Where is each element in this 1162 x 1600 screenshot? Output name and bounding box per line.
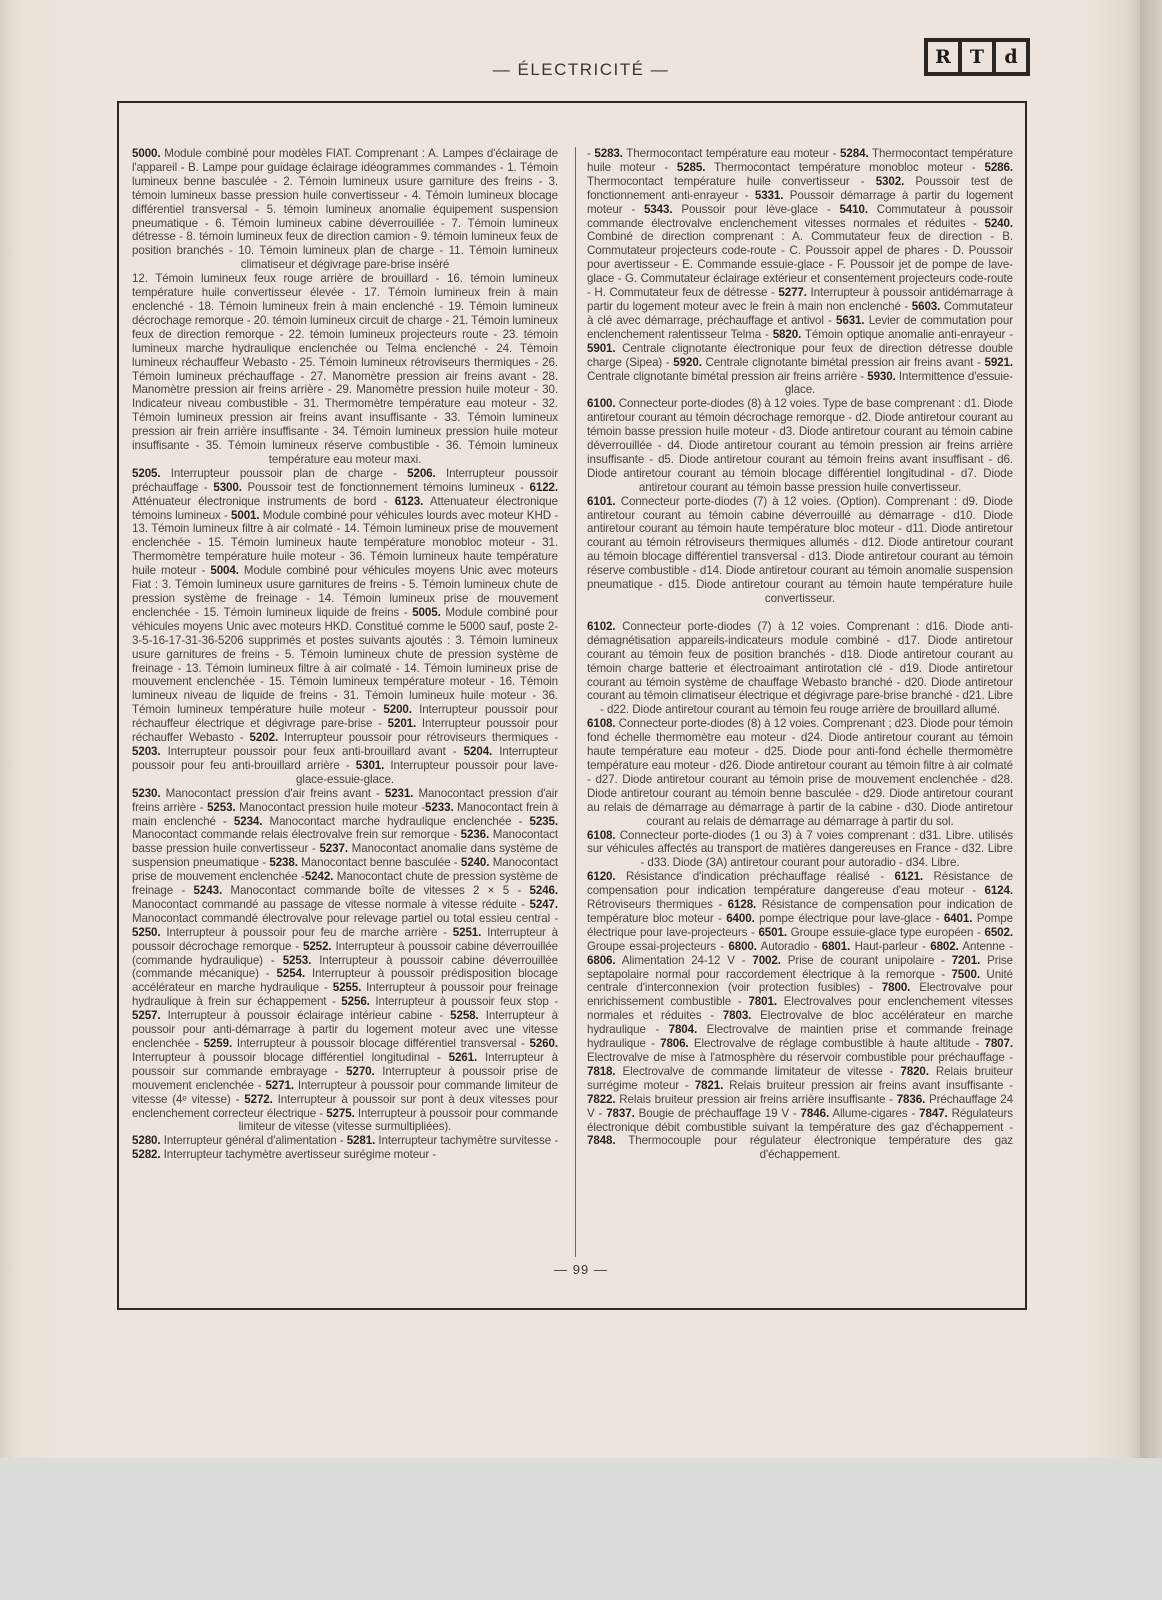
part-description: Manocontact commande boîte de vitesses 2… bbox=[222, 884, 529, 897]
part-number: 5235. bbox=[529, 815, 558, 828]
part-description: Manocontact marche hydraulique enclenché… bbox=[262, 815, 529, 828]
part-description: Interrupteur poussoir pour feux anti-bro… bbox=[161, 745, 464, 758]
part-number: 5200. bbox=[383, 703, 412, 716]
entry-paragraph: 6108. Connecteur porte-diodes (8) à 12 v… bbox=[587, 717, 1013, 828]
part-number: 5301. bbox=[356, 759, 385, 772]
part-number: 6502. bbox=[984, 926, 1013, 939]
entry-paragraph: 6108. Connecteur porte-diodes (1 ou 3) à… bbox=[587, 829, 1013, 871]
part-number: 6501. bbox=[758, 926, 787, 939]
part-number: 5921. bbox=[984, 356, 1013, 369]
part-description: Relais bruiteur pression air freins avan… bbox=[723, 1079, 1013, 1092]
content-frame: 5000. Module combiné pour modèles FIAT. … bbox=[117, 101, 1027, 1310]
part-description: Haut-parleur - bbox=[850, 940, 930, 953]
part-number: 5255. bbox=[333, 981, 362, 994]
part-description: Centrale clignotante bimétal pression ai… bbox=[702, 356, 985, 369]
part-description: pompe électrique pour lave-glace - bbox=[755, 912, 944, 925]
part-number: 5277. bbox=[778, 286, 807, 299]
part-description: Module combiné pour véhicules moyens Uni… bbox=[132, 606, 558, 716]
part-description: Connecteur porte-diodes (1 ou 3) à 7 voi… bbox=[587, 829, 1013, 870]
part-number: 7804. bbox=[669, 1023, 698, 1036]
part-number: 5281. bbox=[347, 1134, 376, 1147]
part-number: 5001. bbox=[231, 509, 260, 522]
part-number: 5240. bbox=[461, 856, 490, 869]
part-description: Thermocontact température eau moteur - bbox=[623, 147, 840, 160]
part-number: 5206. bbox=[407, 467, 436, 480]
part-number: 5257. bbox=[132, 1009, 161, 1022]
part-number: 7836. bbox=[897, 1093, 926, 1106]
part-description: Interrupteur poussoir plan de charge - bbox=[161, 467, 408, 480]
part-number: 7500. bbox=[951, 968, 980, 981]
part-number: 5256. bbox=[341, 995, 370, 1008]
part-description: Résistance d'indication préchauffage réa… bbox=[616, 870, 895, 883]
part-description: Manocontact pression d'air freins avant … bbox=[161, 787, 385, 800]
part-number: 5202. bbox=[250, 731, 279, 744]
part-description: Thermocouple pour régulateur électroniqu… bbox=[616, 1134, 1013, 1161]
part-description: Connecteur porte-diodes (7) à 12 voies. … bbox=[587, 495, 1013, 605]
part-number: 7002. bbox=[752, 954, 781, 967]
part-description: 12. Témoin lumineux feux rouge arrière d… bbox=[132, 272, 558, 466]
part-number: 5302. bbox=[876, 175, 905, 188]
part-number: 5284. bbox=[840, 147, 869, 160]
part-description: Interrupteur tachymètre avertisseur suré… bbox=[161, 1148, 437, 1161]
entry-paragraph: 6101. Connecteur porte-diodes (7) à 12 v… bbox=[587, 495, 1013, 606]
part-description: Prise de courant unipolaire - bbox=[781, 954, 952, 967]
part-number: 5247. bbox=[529, 898, 558, 911]
part-description: Groupe essuie-glace type européen - bbox=[787, 926, 985, 939]
part-number: 6100. bbox=[587, 397, 616, 410]
part-number: 7846. bbox=[801, 1107, 830, 1120]
part-number: 6108. bbox=[587, 717, 616, 730]
part-number: 5930. bbox=[867, 370, 896, 383]
part-number: 7847. bbox=[919, 1107, 948, 1120]
part-number: 7820. bbox=[900, 1065, 929, 1078]
part-description: Electrovalve de commande limitateur de v… bbox=[616, 1065, 901, 1078]
part-number: 5243. bbox=[194, 884, 223, 897]
part-description: Allume-cigares - bbox=[829, 1107, 919, 1120]
part-number: 5233. bbox=[425, 801, 454, 814]
part-number: 7821. bbox=[695, 1079, 724, 1092]
part-description: Interrupteur à poussoir pour feu de marc… bbox=[161, 926, 453, 939]
part-description: Manocontact commandé électrovalve pour r… bbox=[132, 912, 558, 925]
part-number: 5300. bbox=[213, 481, 242, 494]
part-number: 5283. bbox=[594, 147, 623, 160]
part-number: 5258. bbox=[450, 1009, 479, 1022]
part-number: 5246. bbox=[529, 884, 558, 897]
part-description: Interrupteur à poussoir blocage différen… bbox=[232, 1037, 529, 1050]
part-number: 6120. bbox=[587, 870, 616, 883]
part-number: 5201. bbox=[388, 717, 417, 730]
part-number: 5901. bbox=[587, 342, 616, 355]
part-number: 5253. bbox=[283, 954, 312, 967]
part-number: 5231. bbox=[385, 787, 414, 800]
part-number: 6102. bbox=[587, 620, 616, 633]
entry-paragraph: 5230. Manocontact pression d'air freins … bbox=[132, 787, 558, 1135]
part-description: Témoin optique anomalie anti-enrayeur - bbox=[801, 328, 1013, 341]
part-number: 5631. bbox=[836, 314, 865, 327]
part-number: 7818. bbox=[587, 1065, 616, 1078]
part-number: 5280. bbox=[132, 1134, 161, 1147]
part-description: Centrale clignotante bimétal pression ai… bbox=[587, 370, 867, 383]
part-number: 5240. bbox=[984, 217, 1013, 230]
part-number: 6800. bbox=[728, 940, 757, 953]
part-description: Poussoir test de fonctionnement témoins … bbox=[242, 481, 530, 494]
part-number: 7803. bbox=[723, 1009, 752, 1022]
entry-paragraph: 6120. Résistance d'indication préchauffa… bbox=[587, 870, 1013, 1162]
part-number: 5282. bbox=[132, 1148, 161, 1161]
part-number: 5203. bbox=[132, 745, 161, 758]
part-number: 5259. bbox=[204, 1037, 233, 1050]
part-number: 6122. bbox=[530, 481, 559, 494]
part-description: Interrupteur général d'alimentation - bbox=[161, 1134, 347, 1147]
part-number: 7806. bbox=[660, 1037, 689, 1050]
part-number: 5251. bbox=[453, 926, 482, 939]
part-description: Connecteur porte-diodes (7) à 12 voies. … bbox=[587, 620, 1013, 716]
part-number: 6121. bbox=[895, 870, 924, 883]
part-number: 6124. bbox=[984, 884, 1013, 897]
part-number: 5238. bbox=[269, 856, 298, 869]
part-description: Interrupteur à poussoir feux stop - bbox=[370, 995, 558, 1008]
part-description: Rétroviseurs thermiques - bbox=[587, 898, 728, 911]
part-description: Atténuateur électronique instruments de … bbox=[132, 495, 395, 508]
part-number: 5005. bbox=[412, 606, 441, 619]
part-description: Interrupteur à poussoir blocage différen… bbox=[132, 1051, 449, 1064]
part-description: Alimentation 24-12 V - bbox=[616, 954, 753, 967]
part-description: Manocontact pression huile moteur - bbox=[236, 801, 425, 814]
part-number: 5271. bbox=[265, 1079, 294, 1092]
part-description: Antenne - bbox=[959, 940, 1013, 953]
part-number: 5236. bbox=[461, 828, 490, 841]
part-number: 5204. bbox=[464, 745, 493, 758]
part-number: 5237. bbox=[319, 842, 348, 855]
part-description: Interrupteur poussoir pour rétroviseurs … bbox=[278, 731, 558, 744]
part-number: 7201. bbox=[952, 954, 981, 967]
part-number: 6108. bbox=[587, 829, 616, 842]
part-description: Groupe essai-projecteurs - bbox=[587, 940, 728, 953]
entry-paragraph: 6102. Connecteur porte-diodes (7) à 12 v… bbox=[587, 620, 1013, 717]
part-description: Autoradio - bbox=[757, 940, 822, 953]
part-number: 5260. bbox=[529, 1037, 558, 1050]
column-divider bbox=[575, 147, 576, 1257]
entry-paragraph: - 5283. Thermocontact température eau mo… bbox=[587, 147, 1013, 397]
logo-letter: R bbox=[927, 41, 959, 73]
part-number: 7837. bbox=[606, 1107, 635, 1120]
part-number: 7822. bbox=[587, 1093, 616, 1106]
part-number: 5234. bbox=[234, 815, 263, 828]
part-description: Connecteur porte-diodes (8) à 12 voies. … bbox=[587, 717, 1013, 827]
part-description: Manocontact commande relais électrovalve… bbox=[132, 828, 461, 841]
part-description: Manocontact commandé au passage de vites… bbox=[132, 898, 529, 911]
part-description: Electrovalve de réglage combustible à ha… bbox=[689, 1037, 985, 1050]
logo-letter: d bbox=[995, 41, 1027, 73]
right-column: - 5283. Thermocontact température eau mo… bbox=[587, 147, 1013, 1162]
part-number: 7801. bbox=[748, 995, 777, 1008]
part-number: 5286. bbox=[984, 161, 1013, 174]
part-number: 7800. bbox=[882, 981, 911, 994]
part-number: 6128. bbox=[728, 898, 757, 911]
part-number: 5004. bbox=[210, 564, 239, 577]
part-number: 5920. bbox=[673, 356, 702, 369]
scanned-page: — ÉLECTRICITÉ — R T d 5000. Module combi… bbox=[0, 0, 1140, 1458]
part-number: 6123. bbox=[395, 495, 424, 508]
part-number: 5205. bbox=[132, 467, 161, 480]
part-number: 5343. bbox=[644, 203, 673, 216]
part-number: 6801. bbox=[822, 940, 851, 953]
part-number: 7848. bbox=[587, 1134, 616, 1147]
part-number: 5230. bbox=[132, 787, 161, 800]
part-number: 5275. bbox=[326, 1107, 355, 1120]
part-description: Connecteur porte-diodes (8) à 12 voies. … bbox=[587, 397, 1013, 493]
part-description: Manocontact benne basculée - bbox=[298, 856, 461, 869]
part-number: 5242. bbox=[305, 870, 334, 883]
part-number: 5253. bbox=[207, 801, 236, 814]
entry-paragraph: 5205. Interrupteur poussoir plan de char… bbox=[132, 467, 558, 787]
part-number: 6802. bbox=[930, 940, 959, 953]
part-number: 7807. bbox=[984, 1037, 1013, 1050]
part-number: 6101. bbox=[587, 495, 616, 508]
logo-letter: T bbox=[961, 41, 993, 73]
part-number: 5000. bbox=[132, 147, 161, 160]
part-description: Poussoir pour lève-glace - bbox=[672, 203, 839, 216]
part-number: 5331. bbox=[755, 189, 784, 202]
part-number: 6401. bbox=[944, 912, 973, 925]
part-number: 5261. bbox=[449, 1051, 478, 1064]
entry-paragraph: 12. Témoin lumineux feux rouge arrière d… bbox=[132, 272, 558, 467]
part-description: Bougie de préchauffage 19 V - bbox=[635, 1107, 801, 1120]
page-edge bbox=[1140, 0, 1162, 1458]
page-number: — 99 — bbox=[0, 1262, 1162, 1277]
part-description: Electrovalve de mise à l'atmosphère du r… bbox=[587, 1051, 1013, 1064]
part-number: 5820. bbox=[773, 328, 802, 341]
part-description: Module combiné pour modèles FIAT. Compre… bbox=[132, 147, 558, 271]
part-description: Relais bruiteur pression air freins arri… bbox=[616, 1093, 897, 1106]
entry-paragraph: 5000. Module combiné pour modèles FIAT. … bbox=[132, 147, 558, 272]
part-number: 5272. bbox=[244, 1093, 273, 1106]
rtd-logo: R T d bbox=[924, 38, 1030, 76]
part-number: 5410. bbox=[839, 203, 868, 216]
entry-paragraph: 6100. Connecteur porte-diodes (8) à 12 v… bbox=[587, 397, 1013, 494]
part-number: 6806. bbox=[587, 954, 616, 967]
part-number: 5250. bbox=[132, 926, 161, 939]
part-number: 6400. bbox=[726, 912, 755, 925]
part-number: 5270. bbox=[346, 1065, 375, 1078]
part-description: Thermocontact température huile converti… bbox=[587, 175, 876, 188]
left-column: 5000. Module combiné pour modèles FIAT. … bbox=[132, 147, 558, 1162]
part-number: 5603. bbox=[912, 300, 941, 313]
part-number: 5254. bbox=[277, 967, 306, 980]
part-number: 5285. bbox=[677, 161, 706, 174]
part-description: Thermocontact température monobloc moteu… bbox=[705, 161, 984, 174]
part-number: 5252. bbox=[303, 940, 332, 953]
part-description: Interrupteur tachymètre survitesse - bbox=[375, 1134, 558, 1147]
part-description: Interrupteur à poussoir éclairage intéri… bbox=[161, 1009, 451, 1022]
entry-paragraph: 5280. Interrupteur général d'alimentatio… bbox=[132, 1134, 558, 1162]
